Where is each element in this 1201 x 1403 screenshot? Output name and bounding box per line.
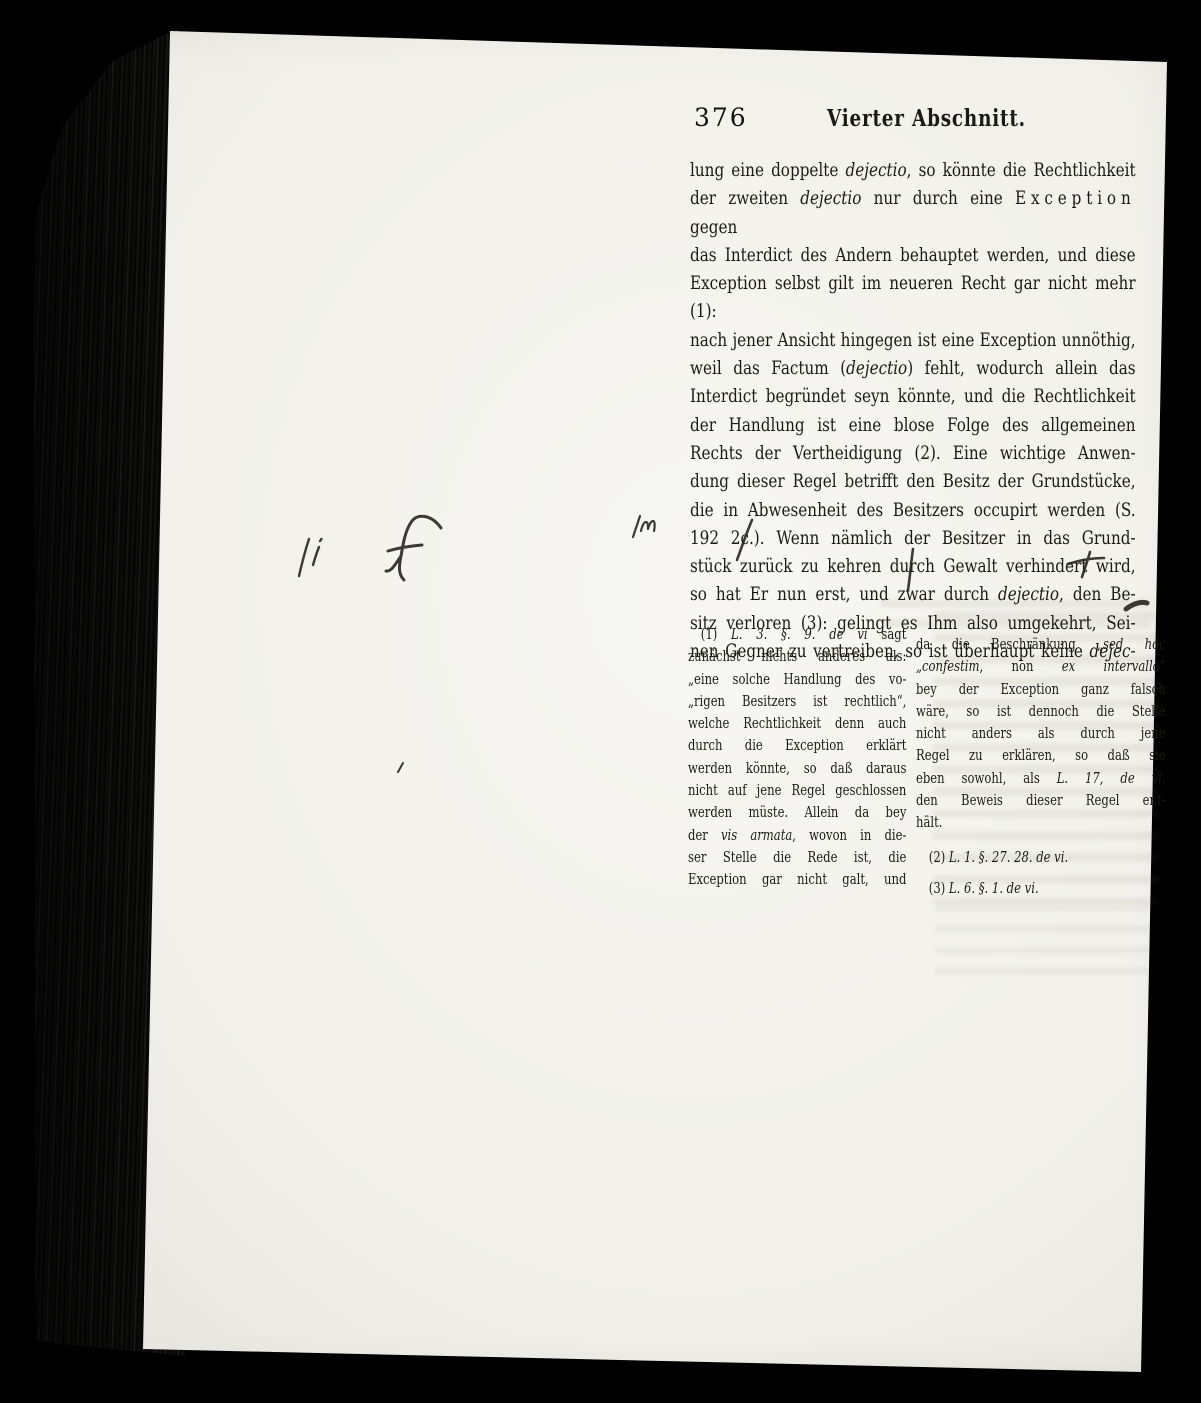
latin-italic-text: dejectio [998,583,1059,605]
fraktur-text: , so könnte die Rechtlichkeit [907,159,1136,181]
text-line: 192 2c.). Wenn nämlich der Besitzer in d… [690,524,1136,552]
letterspaced-text: Exception [1015,187,1136,209]
fraktur-text: der [688,828,721,844]
fraktur-text: so hat Er nun erst, und zwar durch [690,583,998,605]
text-line: werden könnte, so daß daraus [688,758,906,780]
text-line: ser Stelle die Rede ist, die [688,847,906,869]
text-line: der vis armata, wovon in die- [688,825,906,847]
text-line: werden müste. Allein da bey [688,802,906,824]
footnote-right-column: da die Beschränkung „sed hoc„confestim, … [916,634,1166,900]
fraktur-text: , wovon in die- [792,828,906,844]
fraktur-text: (1) [701,627,731,643]
text-line: welche Rechtlichkeit denn auch [688,713,906,735]
fraktur-text: , den Be- [1059,583,1136,605]
text-line: da die Beschränkung „sed hoc [916,634,1166,656]
text-line: durch die Exception erklärt [688,735,906,757]
text-line: Interdict begründet seyn könnte, und die… [690,382,1136,410]
text-line: „confestim, non ex intervallo“ [916,656,1166,678]
fraktur-text: das Interdict des Andern behauptet werde… [690,244,1136,266]
fraktur-text: „eine solche Handlung des vo- [688,672,906,688]
fraktur-text: nach jener Ansicht hingegen ist eine Exc… [690,329,1136,351]
fraktur-text: zunächst nichts anderes als: [688,649,906,665]
fraktur-text: weil das Factum ( [690,357,846,379]
fraktur-text: gegen [690,216,737,238]
fraktur-text: Exception gar nicht galt, und [688,872,906,888]
text-line: zunächst nichts anderes als: [688,646,906,668]
latin-italic-text: dejectio [800,187,861,209]
text-line: stück zurück zu kehren durch Gewalt verh… [690,552,1136,580]
latin-italic-text: L. 6. §. 1. de vi. [949,881,1039,897]
fraktur-text: die in Abwesenheit des Besitzers occupir… [690,499,1136,521]
latin-italic-text: dejectio [846,357,907,379]
text-line: Regel zu erklären, so daß sie [916,745,1166,767]
text-line: der zweiten dejectio nur durch eine Exce… [690,184,1136,241]
fraktur-text: den Beweis dieser Regel ent- [916,793,1166,809]
scanned-book-photograph: { "colors":{"background":"#000000","pape… [0,0,1201,1403]
footnote-left-column: (1) L. 3. §. 9. de vi sagtzunächst nicht… [688,624,906,892]
fraktur-text: ser Stelle die Rede ist, die [688,850,906,866]
fraktur-text: Regel zu erklären, so daß sie [916,748,1166,764]
text-line: weil das Factum (dejectio) fehlt, wodurc… [690,354,1136,382]
fraktur-text: (2) [929,850,949,866]
fraktur-text: der Handlung ist eine blose Folge des al… [690,414,1136,436]
fraktur-text: , [1162,771,1166,787]
fraktur-text: werden müste. Allein da bey [688,805,906,821]
text-line: den Beweis dieser Regel ent- [916,790,1166,812]
text-line: nicht anders als durch jene [916,723,1166,745]
fraktur-text: 192 2c.). Wenn nämlich der Besitzer in d… [690,527,1136,549]
latin-italic-text: sed hoc [1103,637,1166,653]
text-line: „eine solche Handlung des vo- [688,669,906,691]
fraktur-text: Rechts der Vertheidigung (2). Eine wicht… [690,442,1136,464]
text-line: so hat Er nun erst, und zwar durch dejec… [690,580,1136,608]
latin-italic-text: dejectio [846,159,907,181]
fraktur-text: Interdict begründet seyn könnte, und die… [690,385,1136,407]
fraktur-text: werden könnte, so daß daraus [688,761,906,777]
text-line: (3) L. 6. §. 1. de vi. [916,878,1166,900]
chapter-title: Vierter Abschnitt. [690,105,1136,132]
text-line: die in Abwesenheit des Besitzers occupir… [690,496,1136,524]
fraktur-text: der zweiten [690,187,800,209]
text-line: dung dieser Regel betrifft den Besitz de… [690,467,1136,495]
fraktur-text: “ [1160,659,1166,675]
text-line: „rigen Besitzers ist rechtlich“, [688,691,906,713]
fraktur-text: wäre, so ist dennoch die Stelle [916,704,1166,720]
fraktur-text: hält. [916,815,942,831]
text-line: nach jener Ansicht hingegen ist eine Exc… [690,326,1136,354]
text-line: lung eine doppelte dejectio, so könnte d… [690,156,1136,184]
fraktur-text: dung dieser Regel betrifft den Besitz de… [690,470,1136,492]
text-line: (2) L. 1. §. 27. 28. de vi. [916,847,1166,869]
fraktur-text: sagt [868,627,907,643]
latin-italic-text: vis armata [721,828,792,844]
text-line: bey der Exception ganz falsch [916,679,1166,701]
fraktur-text: da die Beschränkung „ [916,637,1103,653]
fraktur-text: lung eine doppelte [690,159,846,181]
text-line: das Interdict des Andern behauptet werde… [690,241,1136,269]
text-line: nicht auf jene Regel geschlossen [688,780,906,802]
fraktur-text: stück zurück zu kehren durch Gewalt verh… [690,555,1136,577]
text-line: Exception gar nicht galt, und [688,869,906,891]
text-line: wäre, so ist dennoch die Stelle [916,701,1166,723]
fraktur-text: (3) [929,881,949,897]
latin-italic-text: L. 1. §. 27. 28. de vi. [949,850,1068,866]
latin-italic-text: L. 17, de vi [1057,771,1162,787]
text-line: eben sowohl, als L. 17, de vi, [916,768,1166,790]
fraktur-text: „rigen Besitzers ist rechtlich“, [688,694,906,710]
main-text: lung eine doppelte dejectio, so könnte d… [690,156,1136,665]
fraktur-text: ) fehlt, wodurch allein das [907,357,1135,379]
latin-italic-text: „confestim [916,659,979,675]
fraktur-text: durch die Exception erklärt [688,738,906,754]
text-line: hält. [916,812,1166,834]
text-line: (1) L. 3. §. 9. de vi sagt [688,624,906,646]
fraktur-text: eben sowohl, als [916,771,1057,787]
fraktur-text: welche Rechtlichkeit denn auch [688,716,906,732]
latin-italic-text: L. 3. §. 9. de vi [731,627,868,643]
latin-italic-text: ex intervallo [1062,659,1160,675]
fraktur-text: nicht anders als durch jene [916,726,1166,742]
fraktur-text: , non [979,659,1061,675]
text-line: Rechts der Vertheidigung (2). Eine wicht… [690,439,1136,467]
fraktur-text: nicht auf jene Regel geschlossen [688,783,906,799]
fraktur-text: bey der Exception ganz falsch [916,682,1166,698]
text-line: Exception selbst gilt im neueren Recht g… [690,269,1136,326]
text-line: der Handlung ist eine blose Folge des al… [690,411,1136,439]
fraktur-text: Exception selbst gilt im neueren Recht g… [690,272,1136,322]
fraktur-text: nur durch eine [861,187,1015,209]
